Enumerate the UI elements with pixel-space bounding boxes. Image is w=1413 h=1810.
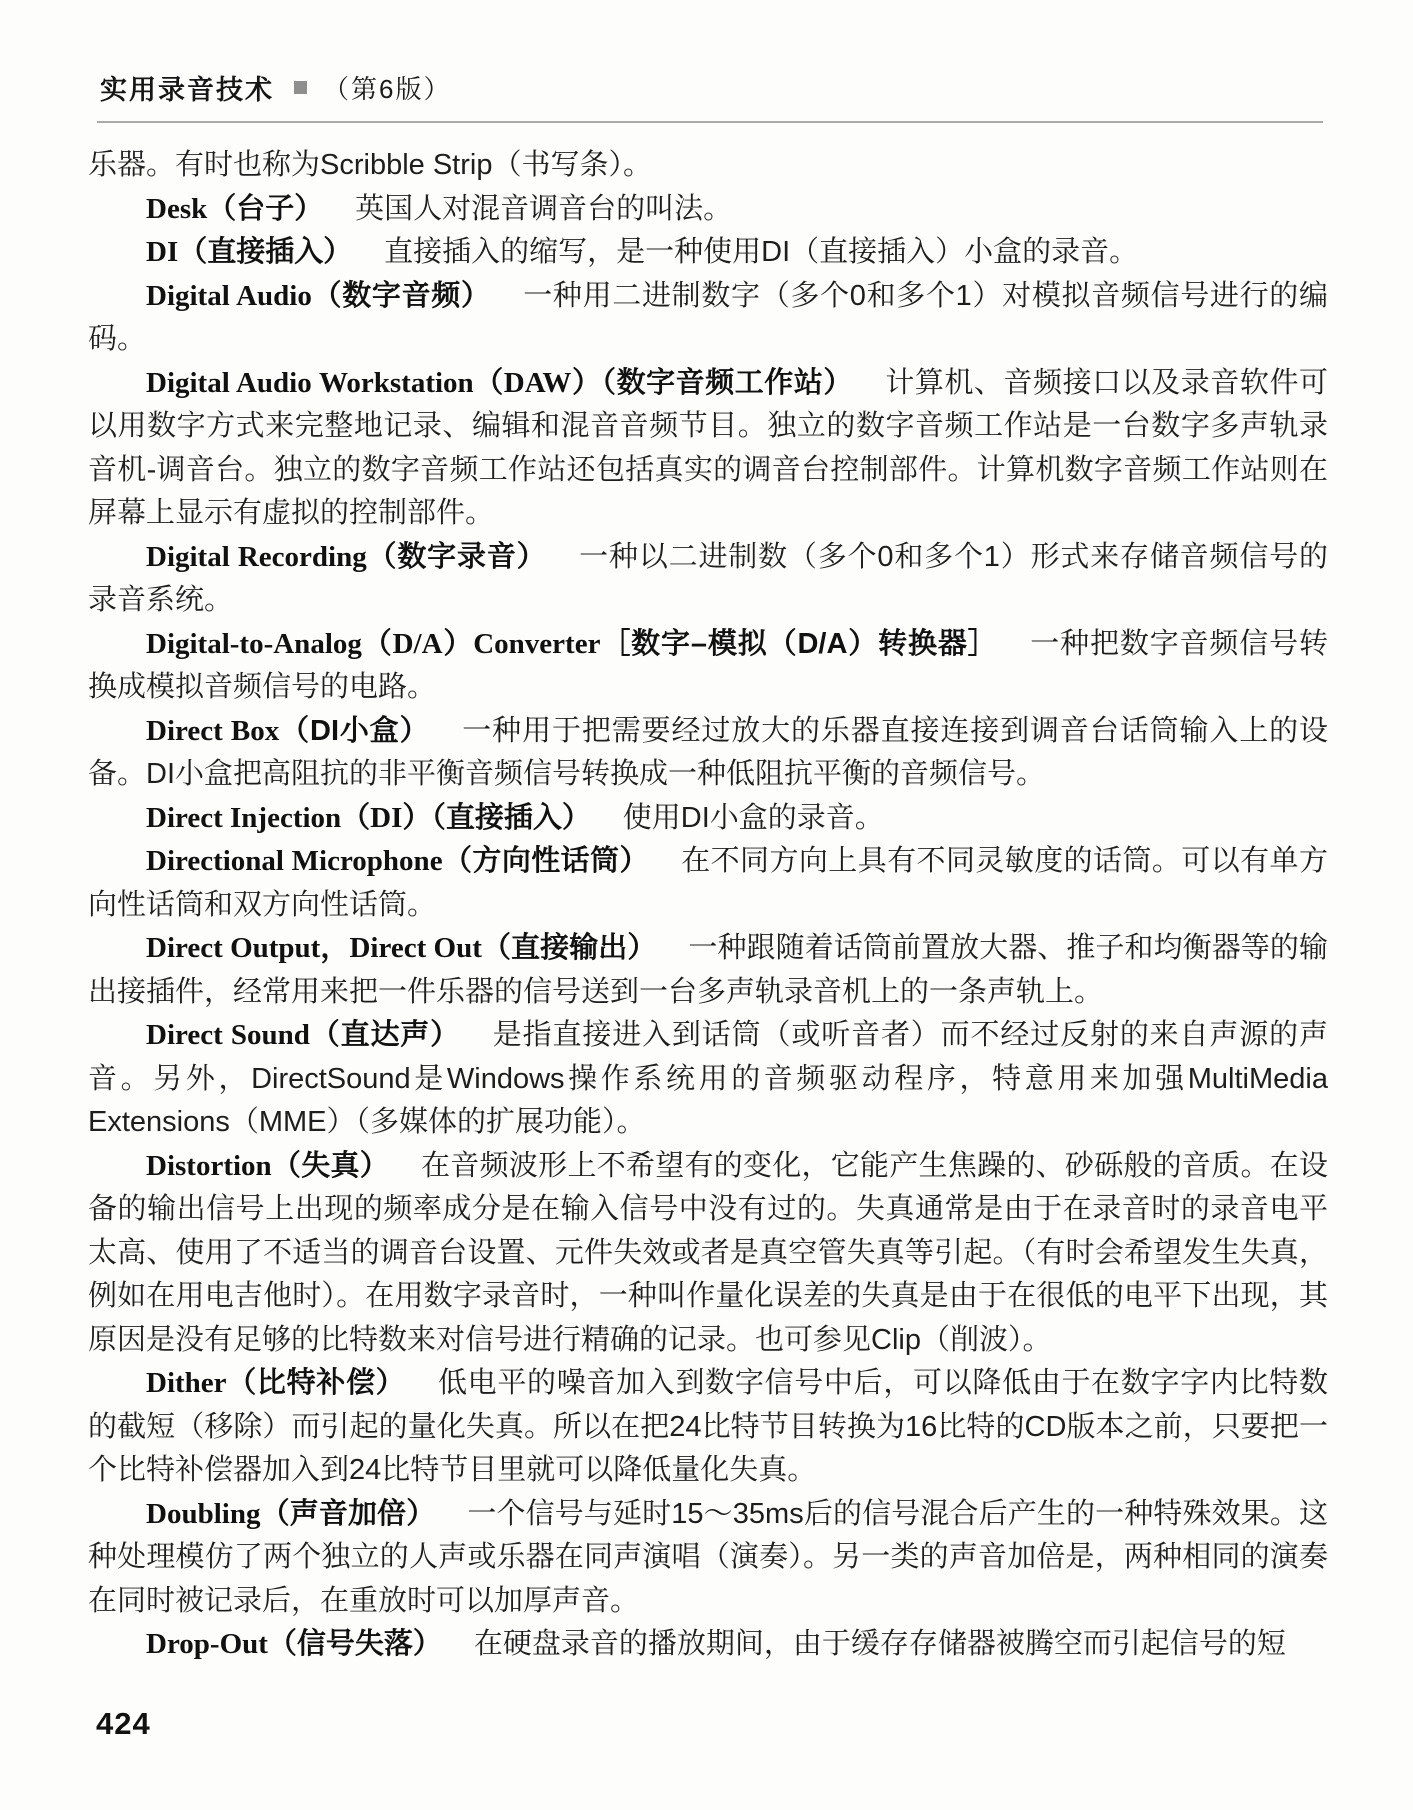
term-english: Direct Output，Direct Out bbox=[146, 932, 482, 964]
glossary-text: 乐器。有时也称为Scribble Strip（书写条）。 Desk（台子）英国人… bbox=[88, 144, 1328, 1667]
square-bullet-icon bbox=[294, 81, 307, 94]
term-english: Digital Audio bbox=[146, 280, 312, 312]
glossary-entries: Desk（台子）英国人对混音调音台的叫法。 DI（直接插入）直接插入的缩写，是一… bbox=[88, 188, 1328, 1667]
term-chinese: （直接输出） bbox=[482, 932, 657, 964]
term-chinese: （台子） bbox=[207, 193, 323, 225]
term-chinese: （直达声） bbox=[310, 1019, 460, 1051]
running-header: 实用录音技术 （第6版） bbox=[100, 68, 451, 107]
term-chinese: ［数字–模拟（D/A）转换器］ bbox=[600, 628, 997, 660]
term-chinese: （失真） bbox=[272, 1150, 389, 1182]
glossary-entry: Dither（比特补偿）低电平的噪音加入到数字信号中后，可以降低由于在数字字内比… bbox=[88, 1362, 1328, 1493]
definition-text: 英国人对混音调音台的叫法。 bbox=[355, 193, 732, 225]
book-title: 实用录音技术 bbox=[100, 68, 274, 107]
term-chinese: （数字音频） bbox=[312, 280, 491, 312]
term-chinese: （声音加倍） bbox=[260, 1498, 435, 1530]
definition-text: 在硬盘录音的播放期间，由于缓存存储器被腾空而引起信号的短 bbox=[474, 1628, 1286, 1660]
term-english: DI bbox=[146, 236, 178, 268]
term-english: Digital-to-Analog（D/A）Converter bbox=[146, 628, 600, 660]
header-divider bbox=[97, 121, 1323, 123]
page-number: 424 bbox=[96, 1706, 151, 1742]
term-english: Dither bbox=[146, 1367, 227, 1399]
definition-text: 使用DI小盒的录音。 bbox=[623, 802, 884, 834]
term-english: Desk bbox=[146, 193, 207, 225]
term-english: Drop-Out bbox=[146, 1628, 268, 1660]
term-chinese: （比特补偿） bbox=[227, 1367, 406, 1399]
term-english: Doubling bbox=[146, 1498, 260, 1530]
term-chinese: （直接插入） bbox=[431, 802, 591, 834]
book-page: 实用录音技术 （第6版） 乐器。有时也称为Scribble Strip（书写条）… bbox=[0, 0, 1413, 1810]
glossary-entry: Direct Sound（直达声）是指直接进入到话筒（或听音者）而不经过反射的来… bbox=[88, 1014, 1328, 1145]
term-chinese: （方向性话筒） bbox=[443, 845, 649, 877]
edition-label: （第6版） bbox=[323, 69, 451, 106]
term-english: Directional Microphone bbox=[146, 845, 443, 877]
term-chinese: （DI小盒） bbox=[279, 715, 429, 747]
term-english: Direct Injection（DI） bbox=[146, 802, 431, 834]
glossary-entry: Doubling（声音加倍）一个信号与延时15～35ms后的信号混合后产生的一种… bbox=[88, 1493, 1328, 1624]
term-english: Distortion bbox=[146, 1150, 272, 1182]
glossary-entry: Digital-to-Analog（D/A）Converter［数字–模拟（D/… bbox=[88, 623, 1328, 710]
glossary-entry: Digital Recording（数字录音）一种以二进制数（多个0和多个1）形… bbox=[88, 536, 1328, 623]
definition-text: 直接插入的缩写，是一种使用DI（直接插入）小盒的录音。 bbox=[384, 236, 1138, 268]
glossary-entry: Directional Microphone（方向性话筒）在不同方向上具有不同灵… bbox=[88, 840, 1328, 927]
glossary-entry: Digital Audio（数字音频）一种用二进制数字（多个0和多个1）对模拟音… bbox=[88, 275, 1328, 362]
term-chinese: （数字音频工作站） bbox=[602, 367, 853, 399]
term-english: Digital Audio Workstation（DAW） bbox=[146, 367, 602, 399]
glossary-entry: Drop-Out（信号失落）在硬盘录音的播放期间，由于缓存存储器被腾空而引起信号… bbox=[88, 1623, 1328, 1667]
glossary-entry: Desk（台子）英国人对混音调音台的叫法。 bbox=[88, 188, 1328, 232]
term-english: Direct Box bbox=[146, 715, 279, 747]
glossary-entry: Direct Box（DI小盒）一种用于把需要经过放大的乐器直接连接到调音台话筒… bbox=[88, 710, 1328, 797]
continuation-paragraph: 乐器。有时也称为Scribble Strip（书写条）。 bbox=[88, 144, 1328, 188]
term-chinese: （信号失落） bbox=[268, 1628, 442, 1660]
glossary-entry: Distortion（失真）在音频波形上不希望有的变化，它能产生焦躁的、砂砾般的… bbox=[88, 1145, 1328, 1363]
term-chinese: （数字录音） bbox=[367, 541, 547, 573]
term-english: Direct Sound bbox=[146, 1019, 310, 1051]
term-english: Digital Recording bbox=[146, 541, 367, 573]
glossary-entry: Direct Output，Direct Out（直接输出）一种跟随着话筒前置放… bbox=[88, 927, 1328, 1014]
glossary-entry: DI（直接插入）直接插入的缩写，是一种使用DI（直接插入）小盒的录音。 bbox=[88, 231, 1328, 275]
term-chinese: （直接插入） bbox=[178, 236, 352, 268]
glossary-entry: Digital Audio Workstation（DAW）（数字音频工作站）计… bbox=[88, 362, 1328, 536]
glossary-entry: Direct Injection（DI）（直接插入）使用DI小盒的录音。 bbox=[88, 797, 1328, 841]
